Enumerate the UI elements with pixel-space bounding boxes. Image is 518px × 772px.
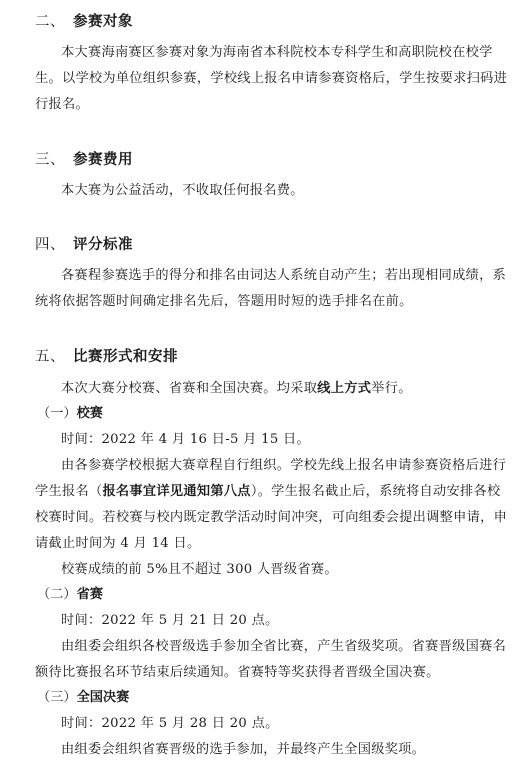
section-title: 参赛对象 bbox=[73, 13, 133, 30]
section-heading-4: 四、评分标准 bbox=[35, 233, 133, 254]
paragraph-line: 统将依据答题时间确定排名先后，答题用时短的选手排名在前。 bbox=[35, 290, 413, 309]
intro-bold-text: 线上方式 bbox=[317, 381, 371, 396]
intro-text: 本次大赛分校赛、省赛和全国决赛。均采取 bbox=[61, 381, 317, 396]
time-line: 时间：2022 年 5 月 28 日 20 点。 bbox=[61, 712, 279, 731]
section-number: 四、 bbox=[35, 233, 73, 254]
paragraph-line: 请截止时间为 4 月 14 日。 bbox=[35, 532, 200, 551]
paragraph-line: 由各参赛学校根据大赛章程自行组织。学校先线上报名申请参赛资格后进行 bbox=[61, 454, 506, 473]
subsection-number: （三） bbox=[37, 690, 77, 705]
paragraph-line: 本大赛海南赛区参赛对象为海南省本科院校本专科学生和高职院校在校学 bbox=[61, 41, 493, 60]
subsection-title: 校赛 bbox=[77, 406, 103, 421]
subsection-heading-school: （一）校赛 bbox=[37, 402, 103, 421]
text: ）。学生报名截止后，系统将自动安排各校 bbox=[251, 484, 501, 499]
subsection-title: 省赛 bbox=[77, 587, 103, 602]
section-title: 参赛费用 bbox=[73, 151, 133, 168]
intro-text: 举行。 bbox=[371, 381, 411, 396]
paragraph-line: 由组委会组织省赛晋级的选手参加，并最终产生全国级奖项。 bbox=[61, 738, 425, 757]
paragraph-line: 本大赛为公益活动，不收取任何报名费。 bbox=[61, 179, 304, 198]
section-number: 五、 bbox=[35, 345, 73, 366]
time-line: 时间：2022 年 5 月 21 日 20 点。 bbox=[61, 609, 279, 628]
intro-paragraph: 本次大赛分校赛、省赛和全国决赛。均采取线上方式举行。 bbox=[61, 377, 412, 396]
section-title: 评分标准 bbox=[73, 236, 133, 253]
paragraph-line: 校赛成绩的前 5%且不超过 300 人晋级省赛。 bbox=[61, 558, 338, 577]
paragraph-line: 生。以学校为单位组织参赛，学校线上报名申请参赛资格后，学生按要求扫码进 bbox=[35, 67, 507, 86]
paragraph-line: 校赛时间。若校赛与校内既定教学活动时间冲突，可向组委会提出调整申请，申 bbox=[35, 506, 507, 525]
paragraph-line: 由组委会组织各校晋级选手参加全省比赛，产生省级奖项。省赛晋级国赛名 bbox=[61, 635, 506, 654]
text: 学生报名（ bbox=[35, 484, 102, 499]
section-heading-5: 五、比赛形式和安排 bbox=[35, 345, 178, 366]
subsection-title: 全国决赛 bbox=[77, 690, 130, 705]
section-number: 三、 bbox=[35, 148, 73, 169]
paragraph-line: 额待比赛报名环节结束后续通知。省赛特等奖获得者晋级全国决赛。 bbox=[35, 661, 440, 680]
subsection-heading-national: （三）全国决赛 bbox=[37, 686, 129, 705]
subsection-number: （二） bbox=[37, 587, 77, 602]
section-heading-3: 三、参赛费用 bbox=[35, 148, 133, 169]
bold-text: 报名事宜详见通知第八点 bbox=[102, 484, 250, 499]
time-line: 时间：2022 年 4 月 16 日-5 月 15 日。 bbox=[61, 428, 310, 447]
section-heading-2: 二、参赛对象 bbox=[35, 10, 133, 31]
subsection-number: （一） bbox=[37, 406, 77, 421]
paragraph-line: 各赛程参赛选手的得分和排名由词达人系统自动产生；若出现相同成绩，系 bbox=[61, 264, 506, 283]
section-title: 比赛形式和安排 bbox=[73, 348, 178, 365]
paragraph-line: 行报名。 bbox=[35, 93, 89, 112]
subsection-heading-provincial: （二）省赛 bbox=[37, 583, 103, 602]
section-number: 二、 bbox=[35, 10, 73, 31]
paragraph-line: 学生报名（报名事宜详见通知第八点）。学生报名截止后，系统将自动安排各校 bbox=[35, 480, 500, 499]
